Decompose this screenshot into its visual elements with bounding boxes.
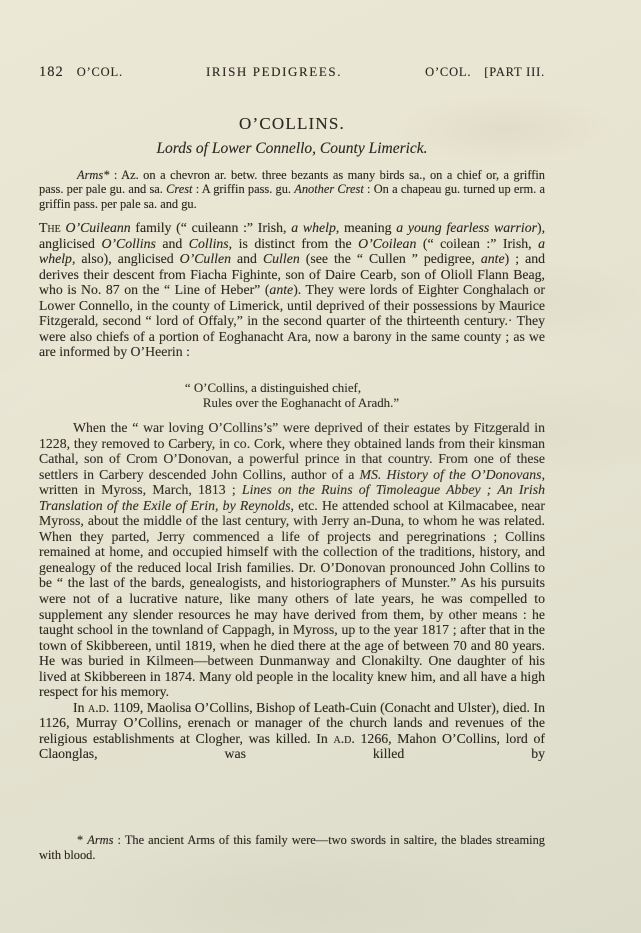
paragraph-ocuileann-family: The O’Cuileann family (“ cuileann :” Iri… — [39, 220, 545, 360]
header-right-catchword: O’COL. — [425, 65, 471, 80]
oheerin-verse: “ O’Collins, a distinguished chief, Rule… — [39, 381, 545, 411]
header-left: 182 O’COL. — [39, 64, 123, 81]
book-title: IRISH PEDIGREES. — [206, 64, 342, 80]
page-number: 182 — [39, 64, 64, 81]
header-left-catchword: O’COL. — [77, 65, 123, 80]
section-title: O’COLLINS. — [39, 114, 545, 134]
scanned-book-page: 182 O’COL. IRISH PEDIGREES. O’COL. [PART… — [0, 0, 641, 933]
body-text-block: When the “ war loving O’Collins’s” were … — [39, 420, 545, 762]
verse-line-2: Rules over the Eoghanacht of Aradh.” — [185, 396, 399, 411]
arms-blazon-note: Arms* : Az. on a chevron ar. betw. three… — [39, 168, 545, 211]
arms-footnote: * Arms : The ancient Arms of this family… — [39, 833, 545, 862]
verse-line-1: “ O’Collins, a distinguished chief, — [185, 381, 399, 396]
paragraph-when-deprived: When the “ war loving O’Collins’s” were … — [39, 420, 545, 700]
header-right: O’COL. [PART III. — [425, 65, 545, 80]
verse-lines: “ O’Collins, a distinguished chief, Rule… — [185, 381, 399, 411]
part-label: [PART III. — [484, 65, 545, 80]
running-header: 182 O’COL. IRISH PEDIGREES. O’COL. [PART… — [39, 64, 545, 81]
paragraph-annals: In a.d. 1109, Maolisa O’Collins, Bishop … — [39, 700, 545, 762]
section-subtitle: Lords of Lower Connello, County Limerick… — [39, 140, 545, 158]
